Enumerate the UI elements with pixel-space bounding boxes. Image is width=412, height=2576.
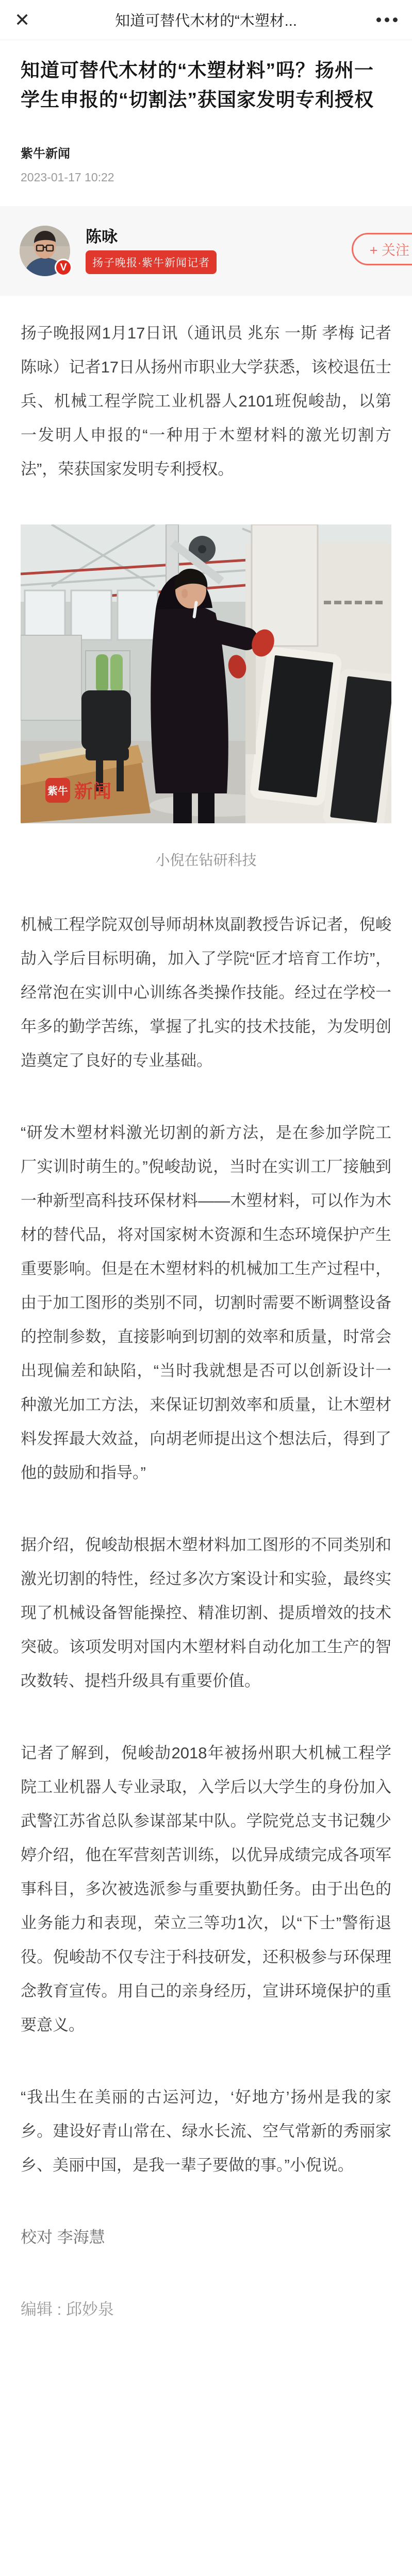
topbar-title: 知道可替代木材的“木塑材... — [45, 9, 367, 30]
top-bar: ✕ 知道可替代木材的“木塑材... — [0, 0, 412, 40]
proofreader-line: 校对 李海慧 — [21, 2221, 391, 2255]
photo-caption: 小倪在钻研科技 — [21, 849, 391, 870]
paragraph: 机械工程学院双创导师胡林岚副教授告诉记者，倪峻劼入学后目标明确，加入了学院“匠才… — [21, 908, 391, 1078]
paragraph: “研发木塑材料激光切割的新方法，是在参加学院工厂实训时萌生的。”倪峻劼说，当时在… — [21, 1116, 391, 1490]
publish-date: 2023-01-17 10:22 — [21, 171, 391, 184]
source-name[interactable]: 紫牛新闻 — [21, 143, 391, 161]
paragraph: “我出生在美丽的古运河边，‘好地方’扬州是我的家乡。建设好青山常在、绿水长流、空… — [21, 2080, 391, 2182]
more-icon[interactable] — [367, 18, 398, 22]
paragraph: 扬子晚报网1月17日讯（通讯员 兆东 一斯 孝梅 记者 陈咏）记者17日从扬州市… — [21, 316, 391, 486]
watermark-text: 新闻 — [74, 781, 111, 802]
author-name[interactable]: 陈咏 — [86, 224, 118, 247]
editor-line: 编辑 : 邱妙泉 — [21, 2293, 391, 2327]
paragraph: 记者了解到，倪峻劼2018年被扬州职大机械工程学院工业机器人专业录取，入学后以大… — [21, 1736, 391, 2042]
paragraph: 据介绍，倪峻劼根据木塑材料加工图形的不同类别和激光切割的特性，经过多次方案设计和… — [21, 1528, 391, 1698]
article-title: 知道可替代木材的“木塑材料”吗？扬州一学生申报的“切割法”获国家发明专利授权 — [21, 56, 391, 114]
author-role-tag: 扬子晚报·紫牛新闻记者 — [86, 250, 217, 274]
follow-button[interactable]: + 关注 — [352, 233, 412, 265]
close-icon[interactable]: ✕ — [14, 11, 45, 29]
article-body: 扬子晚报网1月17日讯（通讯员 兆东 一斯 孝梅 记者 陈咏）记者17日从扬州市… — [0, 296, 412, 2345]
article-photo[interactable]: 紫牛 新闻 — [21, 524, 391, 823]
author-card: V 陈咏 扬子晚报·紫牛新闻记者 + 关注 — [0, 206, 412, 296]
verified-badge-icon: V — [55, 259, 72, 276]
watermark-badge-text: 紫牛 — [47, 785, 68, 797]
watermark-logo: 紫牛 新闻 — [45, 778, 111, 803]
article-figure: 紫牛 新闻 小倪在钻研科技 — [21, 524, 391, 870]
